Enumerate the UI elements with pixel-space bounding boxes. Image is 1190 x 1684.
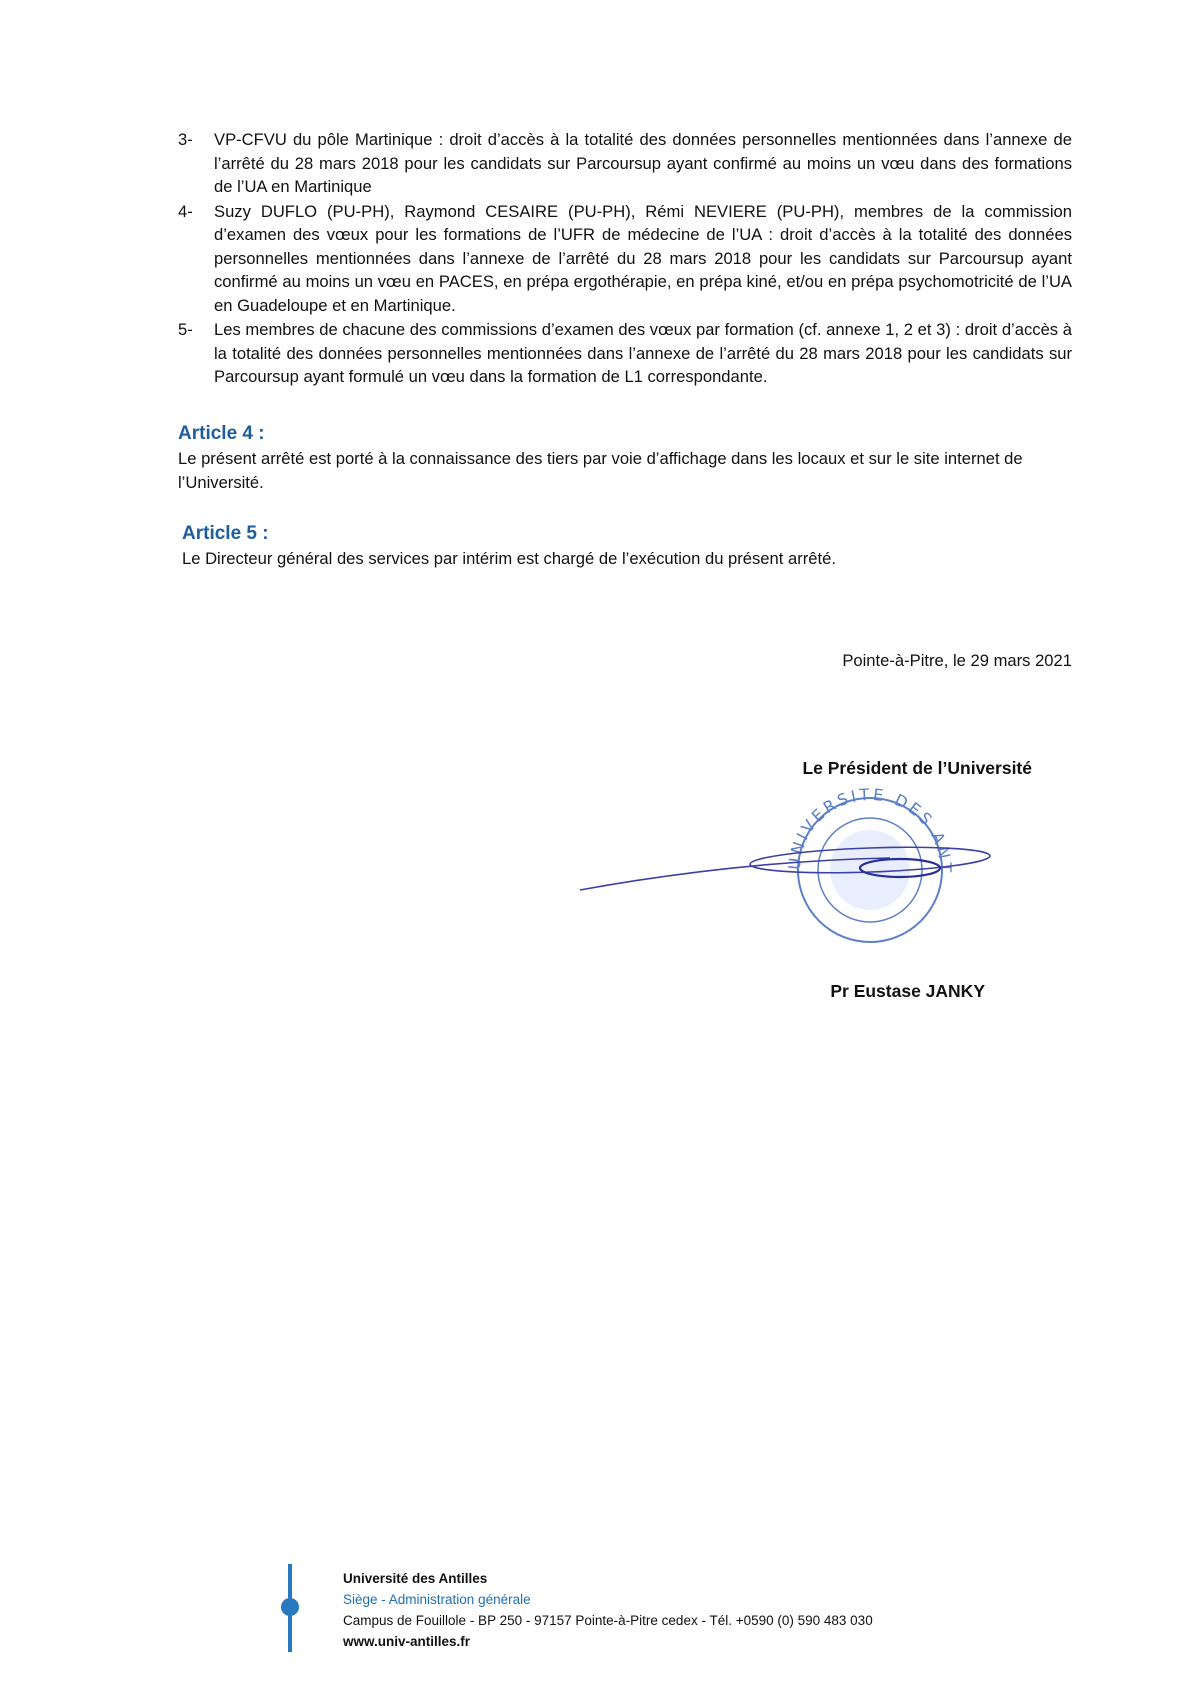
footer-address: Campus de Fouillole - BP 250 - 97157 Poi… (343, 1610, 873, 1631)
footer-website-link[interactable]: www.univ-antilles.fr (343, 1631, 873, 1652)
list-item-text: Les membres de chacune des commissions d… (214, 320, 1072, 386)
footer-accent-dot (281, 1598, 299, 1616)
list-item: 4- Suzy DUFLO (PU-PH), Raymond CESAIRE (… (178, 200, 1072, 318)
list-item-number: 5- (178, 318, 208, 342)
footer: Université des Antilles Siège - Administ… (278, 1564, 978, 1654)
article-heading: Article 5 : (182, 521, 1076, 547)
article-body: Le Directeur général des services par in… (182, 547, 1076, 571)
footer-department: Siège - Administration générale (343, 1589, 873, 1610)
signer-name: Pr Eustase JANKY (830, 981, 985, 1002)
list-item: 5- Les membres de chacune des commission… (178, 318, 1072, 389)
place-date: Pointe-à-Pitre, le 29 mars 2021 (842, 651, 1072, 671)
footer-organization: Université des Antilles (343, 1568, 873, 1589)
article-4: Article 4 : Le présent arrêté est porté … (178, 421, 1072, 494)
list-item-text: VP-CFVU du pôle Martinique : droit d’acc… (214, 130, 1072, 196)
list-item-number: 4- (178, 200, 208, 224)
article-heading: Article 4 : (178, 421, 1072, 447)
list-item-text: Suzy DUFLO (PU-PH), Raymond CESAIRE (PU-… (214, 202, 1072, 315)
signature-and-seal-icon: UNIVERSITE DES ANTILLES (570, 760, 1070, 960)
article-body: Le présent arrêté est porté à la connais… (178, 447, 1072, 494)
access-rights-list: 3- VP-CFVU du pôle Martinique : droit d’… (178, 128, 1072, 390)
article-5: Article 5 : Le Directeur général des ser… (182, 521, 1076, 571)
document-page: 3- VP-CFVU du pôle Martinique : droit d’… (0, 0, 1190, 1684)
list-item-number: 3- (178, 128, 208, 152)
list-item: 3- VP-CFVU du pôle Martinique : droit d’… (178, 128, 1072, 199)
